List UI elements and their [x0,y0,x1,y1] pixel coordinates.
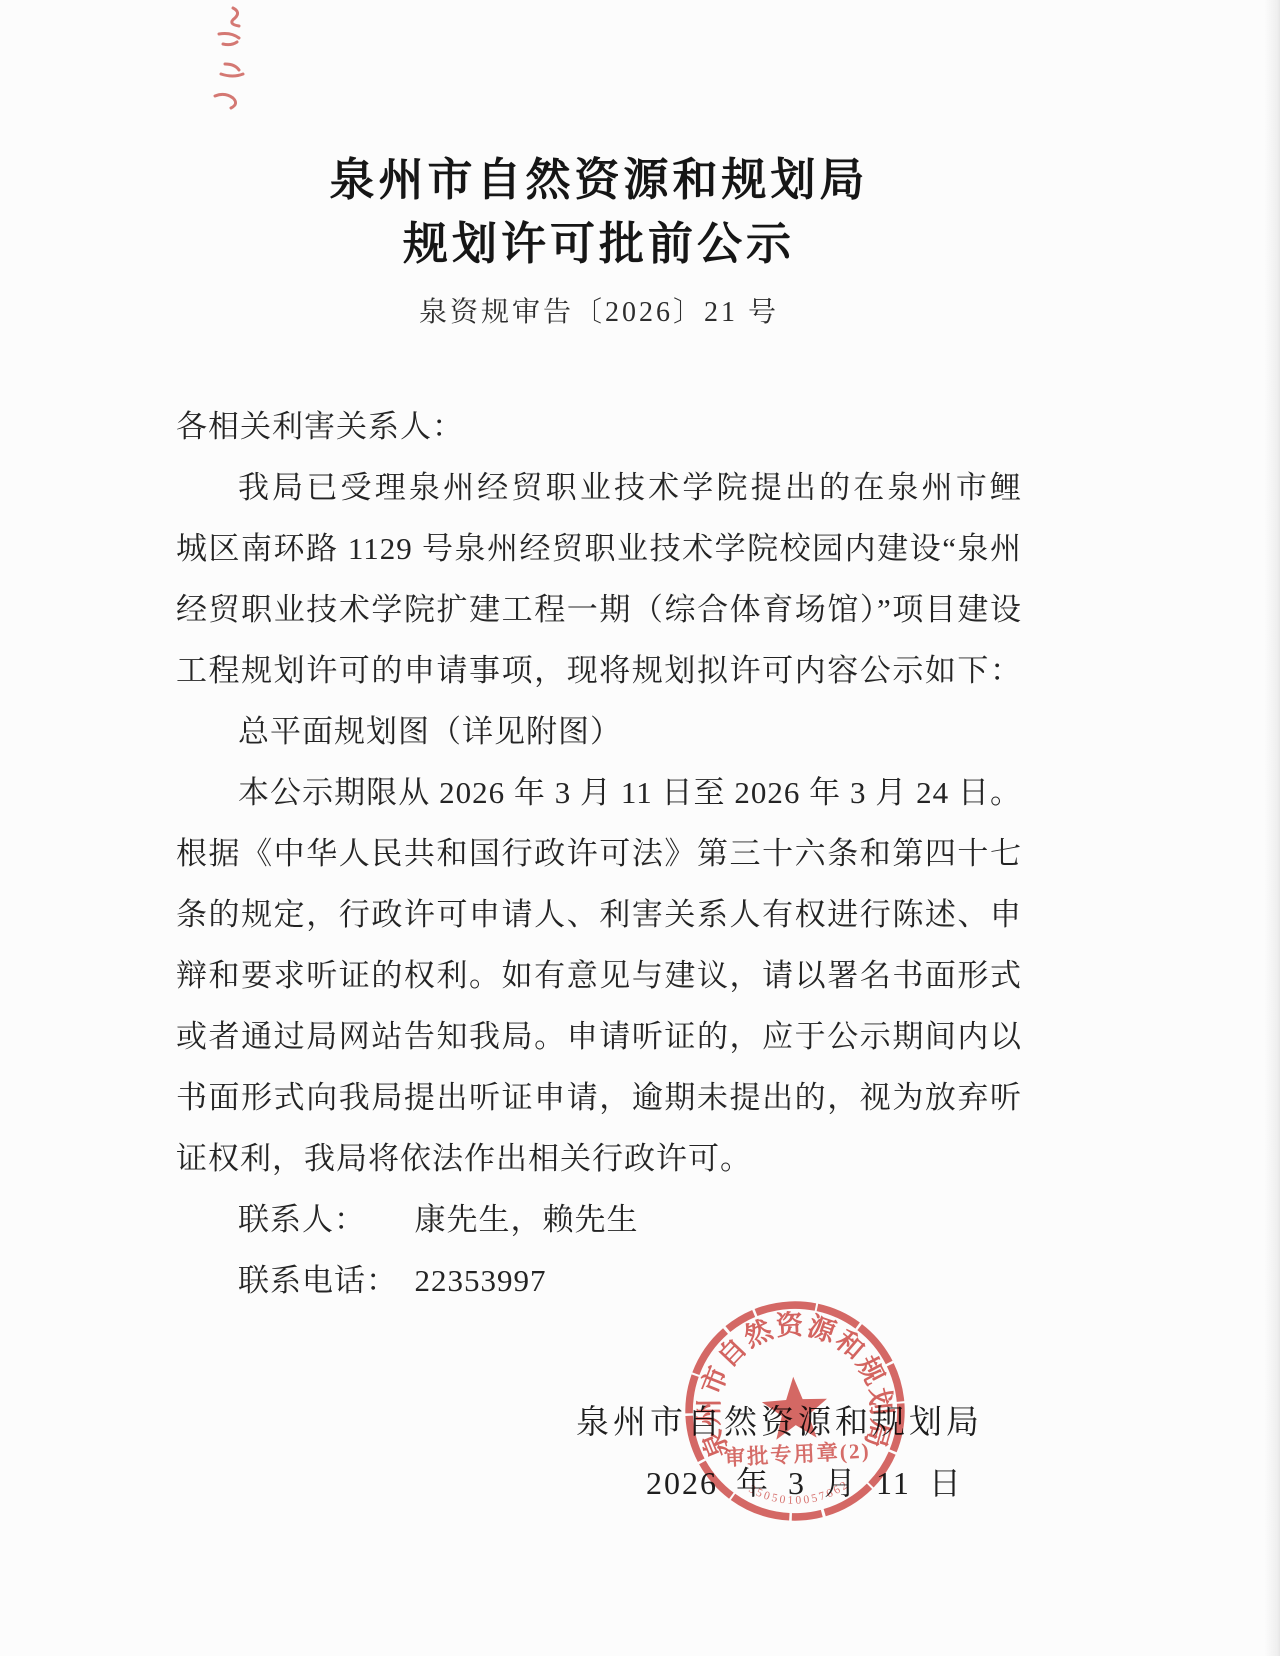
scanned-notice-page: 泉州市自然资源和规划局 规划许可批前公示 泉资规审告〔2026〕21 号 各相关… [0,0,1280,1656]
body-line: 本公示期限从 2026 年 3 月 11 日至 2026 年 3 月 24 日。 [176,762,1022,823]
body-line: 根据《中华人民共和国行政许可法》第三十六条和第四十七 [176,823,1022,884]
notice-title-line1: 泉州市自然资源和规划局 [176,152,1022,208]
official-seal: 泉州市自然资源和规划局 审批专用章(2) 3505010057662 [674,1290,916,1532]
body-line: 条的规定，行政许可申请人、利害关系人有权进行陈述、申 [176,884,1022,945]
red-ink-marks [205,2,255,117]
notice-body: 各相关利害关系人：我局已受理泉州经贸职业技术学院提出的在泉州市鲤城区南环路 11… [176,396,1022,1311]
body-line: 书面形式向我局提出听证申请，逾期未提出的，视为放弃听 [176,1067,1022,1128]
body-line: 证权利，我局将依法作出相关行政许可。 [176,1128,1022,1189]
body-line: 联系人： 康先生，赖先生 [176,1189,1022,1250]
page-right-edge-shadow [1264,0,1280,1656]
body-line: 经贸职业技术学院扩建工程一期（综合体育场馆）”项目建设 [176,579,1022,640]
seal-graphics: 泉州市自然资源和规划局 审批专用章(2) 3505010057662 [684,1300,907,1523]
body-line: 各相关利害关系人： [176,396,1022,457]
document-number: 泉资规审告〔2026〕21 号 [176,290,1022,330]
body-line: 总平面规划图（详见附图） [176,701,1022,762]
seal-star-icon [761,1375,829,1440]
seal-inner-label: 审批专用章(2) [723,1438,871,1471]
body-line: 我局已受理泉州经贸职业技术学院提出的在泉州市鲤 [176,457,1022,518]
notice-title-line2: 规划许可批前公示 [176,216,1022,272]
body-line: 工程规划许可的申请事项，现将规划拟许可内容公示如下： [176,640,1022,701]
body-line: 或者通过局网站告知我局。申请听证的，应于公示期间内以 [176,1006,1022,1067]
body-line: 辩和要求听证的权利。如有意见与建议，请以署名书面形式 [176,945,1022,1006]
body-line: 城区南环路 1129 号泉州经贸职业技术学院校园内建设“泉州 [176,518,1022,579]
